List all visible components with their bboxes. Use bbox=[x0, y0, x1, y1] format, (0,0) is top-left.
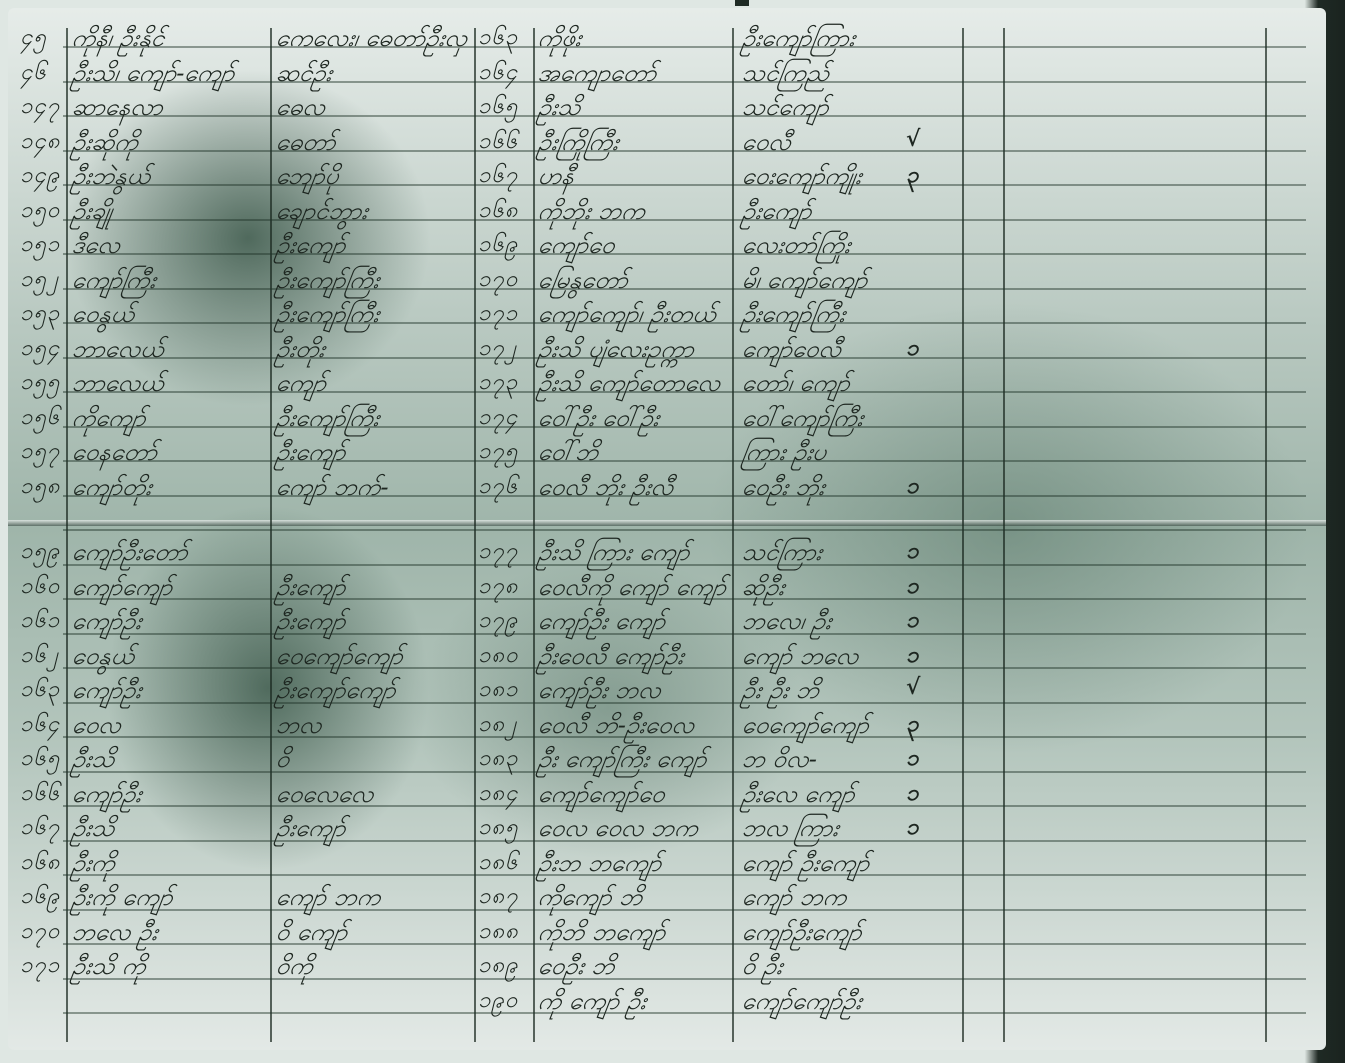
entry-name-2: ကျော်ကျော်ဝေ bbox=[535, 778, 667, 814]
left-entry-number: ၁၆၇ bbox=[20, 812, 60, 845]
entry-name: ကျော်တိုး bbox=[69, 471, 154, 507]
left-entry-number: ၄၅ bbox=[20, 22, 47, 55]
ledger-row: ၁၄၇ဆာနေလာဓေလ၁၆၅ဦးသိသင်ကျော် bbox=[8, 91, 1326, 125]
entry-name-2: ကို ကျော် ဦး bbox=[535, 985, 648, 1021]
entry-name: ဦးကို bbox=[69, 847, 117, 883]
entry-name-2: ဦးသိ ကြား ကျော် bbox=[535, 536, 692, 572]
entry-name-2: ဝေဦး ဘိ bbox=[535, 950, 617, 986]
entry-description: ဦးကျော်ကြီး bbox=[273, 298, 381, 334]
left-entry-number: ၁၆၀ bbox=[20, 571, 60, 604]
tally-mark: ၁ bbox=[906, 571, 918, 604]
left-entry-number: ၁၆၂ bbox=[20, 640, 59, 673]
entry-name: ဝေနွယ် bbox=[69, 298, 136, 334]
entry-description: ကျော် ဘက်- bbox=[273, 471, 391, 507]
serial-number: ၁၉၀ bbox=[478, 985, 518, 1018]
entry-name: ဦးသိ ကို bbox=[69, 950, 148, 986]
entry-description: ဦးတိုး bbox=[273, 333, 327, 369]
entry-description-2: ဝေါ်ကျော်ကြီး bbox=[739, 402, 865, 438]
entry-name-2: မြေနွတော် bbox=[535, 264, 630, 300]
entry-description-2: ကျော်ကျော်ဦး bbox=[739, 985, 864, 1021]
left-entry-number: ၁၆၈ bbox=[20, 847, 60, 880]
left-entry-number: ၁၆၉ bbox=[20, 881, 60, 914]
left-entry-number: ၄၆ bbox=[20, 57, 47, 90]
entry-name: ဝေလ bbox=[69, 709, 123, 745]
entry-description: ဘလ bbox=[273, 709, 324, 745]
ledger-row: ၁၅၅ဘာလေယ်ကျော်၁၇၃ဦးသိ ကျော်တောလေတော်၊ ကျ… bbox=[8, 367, 1326, 401]
entry-description-2: သင်ကြည် bbox=[739, 57, 831, 93]
tally-mark: ၁ bbox=[906, 471, 918, 504]
serial-number: ၁၈၄ bbox=[478, 778, 518, 811]
entry-description: ဘျော်ပို bbox=[273, 160, 341, 196]
entry-description-2: ဦးကျော် bbox=[739, 195, 814, 231]
entry-name: ကျော်ဦး bbox=[69, 674, 144, 710]
entry-description-2: ကျော် ဘလေ bbox=[739, 640, 861, 676]
entry-name-2: ဟနီ bbox=[535, 160, 576, 196]
entry-description: ဆင်ဦး bbox=[273, 57, 334, 93]
tally-mark: ၁ bbox=[906, 333, 918, 366]
serial-number: ၁၇၆ bbox=[478, 471, 518, 504]
entry-description-2: ဘလ ကြား bbox=[739, 812, 841, 848]
ledger-row: ၁၅၂ကျော်ကြီးဦးကျော်ကြီး၁၇၀မြေနွတော်မိ၊ က… bbox=[8, 264, 1326, 298]
entry-description-2: ဝေဦး ဘိုး bbox=[739, 471, 827, 507]
entry-name-2: ကျော်ကျော်၊ ဦးတယ် bbox=[535, 298, 718, 334]
entry-description-2: ကျော် ဦးကျော် bbox=[739, 847, 871, 883]
binding-mark bbox=[735, 0, 749, 6]
ledger-row: ၁၆၄ဝေလဘလ၁၈၂ဝေလီ ဘိ-ဦးဝေလဝေကျော်ကျော်၃ bbox=[8, 709, 1326, 743]
ledger-row: ၄၆ဦးသိ၊ ကျော်-ကျော်ဆင်ဦး၁၆၄အကျောတော်သင်က… bbox=[8, 57, 1326, 91]
entry-name: ကျော်ဦး bbox=[69, 605, 144, 641]
left-entry-number: ၁၆၄ bbox=[20, 709, 60, 742]
entry-name: ဦးကို ကျော် bbox=[69, 881, 175, 917]
ledger-row: ၁၆၁ကျော်ဦးဦးကျော်၁၇၉ကျော်ဦး ကျော်ဘလေ၊ ဦး… bbox=[8, 605, 1326, 639]
entry-name: ဦးချို bbox=[69, 195, 114, 231]
page-fold bbox=[8, 520, 1326, 526]
ledger-row: ၁၆၂ဝေနွယ်ဝေကျော်ကျော်၁၈၀ဦးဝေလီ ကျော်ဦးကျ… bbox=[8, 640, 1326, 674]
serial-number: ၁၇၅ bbox=[478, 436, 518, 469]
serial-number: ၁၇၉ bbox=[478, 605, 518, 638]
serial-number: ၁၇၇ bbox=[478, 536, 518, 569]
entry-name: ဘာလေယ် bbox=[69, 333, 166, 369]
ledger-row: ၁၆၈ဦးကို၁၈၆ဦးဘ ဘကျော်ကျော် ဦးကျော် bbox=[8, 847, 1326, 881]
ledger-row: ၁၆၇ဦးသိဦးကျော်၁၈၅ဝေလ ဝေလ ဘကဘလ ကြား၁ bbox=[8, 812, 1326, 846]
left-entry-number: ၁၅၇ bbox=[20, 436, 60, 469]
entry-description-2: ဦးကျော်ကြား bbox=[739, 22, 857, 58]
entry-name-2: ဝေလီကို ကျော် ကျော် bbox=[535, 571, 728, 607]
ledger-row: ၁၅၈ကျော်တိုးကျော် ဘက်-၁၇၆ဝေလီ ဘိုး ဦးလီဝ… bbox=[8, 471, 1326, 505]
serial-number: ၁၇၃ bbox=[478, 367, 518, 400]
entry-description: ဝေကျော်ကျော် bbox=[273, 640, 405, 676]
tally-mark: ၁ bbox=[906, 778, 918, 811]
entry-name-2: ဦးသိ bbox=[535, 91, 583, 127]
entry-name: ဦးသိ၊ ကျော်-ကျော် bbox=[69, 57, 237, 93]
left-entry-number: ၁၆၅ bbox=[20, 743, 60, 776]
serial-number: ၁၆၉ bbox=[478, 229, 518, 262]
entry-description: ဓေလ bbox=[273, 91, 327, 127]
ledger-row: ၁၅၁ဒီလေဦးကျော်၁၆၉ကျော်ဝေလေးတာ်ကြိုး bbox=[8, 229, 1326, 263]
ledger-row: ၁၅၄ဘာလေယ်ဦးတိုး၁၇၂ဦးသိ ပျံလေးဥက္ကာကျော်ဝ… bbox=[8, 333, 1326, 367]
tally-mark: √ bbox=[906, 126, 920, 152]
entry-name-2: ဝေါ်ဘိ bbox=[535, 436, 601, 472]
entry-name-2: ကိုဘိ ဘကျော် bbox=[535, 916, 668, 952]
left-entry-number: ၁၅၀ bbox=[20, 195, 60, 228]
left-entry-number: ၁၄၇ bbox=[20, 91, 60, 124]
serial-number: ၁၇၂ bbox=[478, 333, 517, 366]
entry-description: ဦးကျော် bbox=[273, 571, 348, 607]
tally-mark: ၁ bbox=[906, 536, 918, 569]
left-entry-number: ၁၄၉ bbox=[20, 160, 60, 193]
serial-number: ၁၈၉ bbox=[478, 950, 518, 983]
entry-description-2: သင်ကြား bbox=[739, 536, 824, 572]
entry-name: ကိုကျော် bbox=[69, 402, 148, 438]
ruled-line bbox=[63, 529, 1306, 531]
serial-number: ၁၈၁ bbox=[478, 674, 518, 707]
ledger-row: ၁၅၉ကျော်ဦးတော်၁၇၇ဦးသိ ကြား ကျော်သင်ကြား၁ bbox=[8, 536, 1326, 570]
entry-name-2: ဦး ကျော်ကြီး ကျော် bbox=[535, 743, 709, 779]
entry-name-2: ဦးဘ ဘကျော် bbox=[535, 847, 663, 883]
entry-description-2: တော်၊ ကျော် bbox=[739, 367, 852, 403]
entry-name-2: အကျောတော် bbox=[535, 57, 659, 93]
entry-description-2: ဝေကျော်ကျော် bbox=[739, 709, 871, 745]
serial-number: ၁၈၃ bbox=[478, 743, 518, 776]
entry-description: ဓေတာ် bbox=[273, 126, 338, 162]
entry-description-2: ကြား ဦးပ bbox=[739, 436, 828, 472]
entry-name: ကျော်ဦးတော် bbox=[69, 536, 190, 572]
entry-description-2: ဝေးကျော်ကျိုး bbox=[739, 160, 864, 196]
left-entry-number: ၁၆၃ bbox=[20, 674, 60, 707]
entry-name-2: ဦးသိ ကျော်တောလေ bbox=[535, 367, 722, 403]
left-entry-number: ၁၆၆ bbox=[20, 778, 60, 811]
left-entry-number: ၁၇၁ bbox=[20, 950, 60, 983]
entry-description-2: ဝေလီ bbox=[739, 126, 793, 162]
entry-name: ဦးသိ bbox=[69, 743, 117, 779]
left-entry-number: ၁၅၆ bbox=[20, 402, 60, 435]
entry-name-2: ဝေလ ဝေလ ဘက bbox=[535, 812, 700, 848]
entry-name-2: ကိုဘိုး ဘက bbox=[535, 195, 647, 231]
ledger-row: ၁၆၀ကျော်ကျော်ဦးကျော်၁၇၈ဝေလီကို ကျော် ကျေ… bbox=[8, 571, 1326, 605]
serial-number: ၁၈၀ bbox=[478, 640, 518, 673]
entry-name: ကျော်ဦး bbox=[69, 778, 144, 814]
ledger-row: ၁၆၆ကျော်ဦးဝေလေလေ၁၈၄ကျော်ကျော်ဝေဦးလေ ကျော… bbox=[8, 778, 1326, 812]
entry-description: ဦးကျော်ကြီး bbox=[273, 402, 381, 438]
ledger-row: ၁၅၆ကိုကျော်ဦးကျော်ကြီး၁၇၄ဝေါ်ဦး ဝေါ်ဦးဝေ… bbox=[8, 402, 1326, 436]
ledger-row: ၁၆၅ဦးသိဝိ၁၈၃ဦး ကျော်ကြီး ကျော်ဘ ဝိလ-၁ bbox=[8, 743, 1326, 777]
serial-number: ၁၇၁ bbox=[478, 298, 518, 331]
entry-description-2: ဝိ ဦး bbox=[739, 950, 785, 986]
entry-name-2: ဦးကြိုကြီး bbox=[535, 126, 621, 162]
left-entry-number: ၁၅၁ bbox=[20, 229, 60, 262]
entry-name: ဘာလေယ် bbox=[69, 367, 166, 403]
tally-mark: ၁ bbox=[906, 743, 918, 776]
serial-number: ၁၆၃ bbox=[478, 22, 518, 55]
entry-description-2: ဦးကျော်ကြီး bbox=[739, 298, 847, 334]
entry-description-2: ဦး ဦး ဘိ bbox=[739, 674, 821, 710]
entry-name-2: ကျော်ဦး ဘလ bbox=[535, 674, 663, 710]
entry-name-2: ဝေလီ ဘိ-ဦးဝေလ bbox=[535, 709, 696, 745]
serial-number: ၁၆၇ bbox=[478, 160, 518, 193]
entry-name: ကျော်ကြီး bbox=[69, 264, 158, 300]
entry-description-2: ကျော် ဘက bbox=[739, 881, 848, 917]
left-entry-number: ၁၅၉ bbox=[20, 536, 60, 569]
entry-description: ဦးကျော်ကျော် bbox=[273, 674, 398, 710]
entry-description: ဦးကျော်ကြီး bbox=[273, 264, 381, 300]
entry-description-2: မိ၊ ကျော်ကျော် bbox=[739, 264, 870, 300]
entry-name: ဘလေ ဦး bbox=[69, 916, 160, 952]
left-entry-number: ၁၆၁ bbox=[20, 605, 60, 638]
tally-mark: ၁ bbox=[906, 812, 918, 845]
entry-description: ဦးကျော် bbox=[273, 436, 348, 472]
left-entry-number: ၁၅၄ bbox=[20, 333, 60, 366]
entry-name: ဝေနွယ် bbox=[69, 640, 136, 676]
ledger-row: ၁၉၀ကို ကျော် ဦးကျော်ကျော်ဦး bbox=[8, 985, 1326, 1019]
entry-description: ဝိကို bbox=[273, 950, 315, 986]
entry-description-2: လေးတာ်ကြိုး bbox=[739, 229, 853, 265]
entry-name: ဦးဆိုကို bbox=[69, 126, 140, 162]
entry-name: ဆာနေလာ bbox=[69, 91, 165, 127]
ledger-row: ၁၄၈ဦးဆိုကိုဓေတာ်၁၆၆ဦးကြိုကြီးဝေလီ√ bbox=[8, 126, 1326, 160]
entry-description: ဦးကျော် bbox=[273, 229, 348, 265]
ledger-page: ၄၅ကိုနီ၊ ဦးနိုင်ကေလေး၊ ဓေတာ်ဦးလှ၁၆၃ကိုဖိ… bbox=[8, 8, 1326, 1050]
ledger-row: ၁၆၃ကျော်ဦးဦးကျော်ကျော်၁၈၁ကျော်ဦး ဘလဦး ဦး… bbox=[8, 674, 1326, 708]
entry-description-2: ဆိုဦး bbox=[739, 571, 787, 607]
serial-number: ၁၆၆ bbox=[478, 126, 518, 159]
entry-description: ဝိ bbox=[273, 743, 292, 779]
entry-name-2: ဦးသိ ပျံလေးဥက္ကာ bbox=[535, 333, 696, 369]
serial-number: ၁၆၄ bbox=[478, 57, 518, 90]
ledger-row: ၁၇၀ဘလေ ဦးဝိ ကျော်၁၈၈ကိုဘိ ဘကျော်ကျော်ဦးက… bbox=[8, 916, 1326, 950]
serial-number: ၁၇၈ bbox=[478, 571, 518, 604]
entry-name-2: ကျော်ဝေ bbox=[535, 229, 617, 265]
entry-description-2: သင်ကျော် bbox=[739, 91, 831, 127]
entry-description: ချောင်ဘွား bbox=[273, 195, 370, 231]
ledger-row: ၁၅၀ဦးချိုချောင်ဘွား၁၆၈ကိုဘိုး ဘကဦးကျော် bbox=[8, 195, 1326, 229]
entry-name-2: ဦးဝေလီ ကျော်ဦး bbox=[535, 640, 686, 676]
tally-mark: ၁ bbox=[906, 605, 918, 638]
entry-name: ဝေနတော် bbox=[69, 436, 159, 472]
ledger-row: ၁၄၉ဦးဘဲနွယ်ဘျော်ပို၁၆၇ဟနီဝေးကျော်ကျိုး၃ bbox=[8, 160, 1326, 194]
ledger-row: ၁၆၉ဦးကို ကျော်ကျော် ဘက၁၈၇ကိုကျော် ဘိကျော… bbox=[8, 881, 1326, 915]
ledger-row: ၁၅၃ဝေနွယ်ဦးကျော်ကြီး၁၇၁ကျော်ကျော်၊ ဦးတယ်… bbox=[8, 298, 1326, 332]
entry-name: ကျော်ကျော် bbox=[69, 571, 174, 607]
serial-number: ၁၇၄ bbox=[478, 402, 518, 435]
entry-description-2: ဘ ဝိလ- bbox=[739, 743, 819, 779]
tally-mark: ၃ bbox=[906, 709, 918, 742]
entry-name: ဒီလေ bbox=[69, 229, 122, 265]
left-entry-number: ၁၅၈ bbox=[20, 471, 60, 504]
serial-number: ၁၆၈ bbox=[478, 195, 518, 228]
left-entry-number: ၁၅၂ bbox=[20, 264, 59, 297]
entry-name: ဦးသိ bbox=[69, 812, 117, 848]
entry-description: ကျော် bbox=[273, 367, 328, 403]
entry-description: ကျော် ဘက bbox=[273, 881, 382, 917]
entry-name-2: ဝေလီ ဘိုး ဦးလီ bbox=[535, 471, 675, 507]
serial-number: ၁၈၆ bbox=[478, 847, 518, 880]
entry-description: ကေလေး၊ ဓေတာ်ဦးလှ bbox=[273, 22, 469, 58]
serial-number: ၁၇၀ bbox=[478, 264, 518, 297]
entry-name-2: ကိုကျော် ဘိ bbox=[535, 881, 644, 917]
serial-number: ၁၈၂ bbox=[478, 709, 517, 742]
entry-description: ဝေလေလေ bbox=[273, 778, 376, 814]
serial-number: ၁၆၅ bbox=[478, 91, 518, 124]
ledger-row: ၁၅၇ဝေနတော်ဦးကျော်၁၇၅ဝေါ်ဘိကြား ဦးပ bbox=[8, 436, 1326, 470]
left-entry-number: ၁၅၅ bbox=[20, 367, 60, 400]
serial-number: ၁၈၈ bbox=[478, 916, 519, 949]
entry-name-2: ကျော်ဦး ကျော် bbox=[535, 605, 667, 641]
entry-name: ကိုနီ၊ ဦးနိုင် bbox=[69, 22, 167, 58]
tally-mark: √ bbox=[906, 674, 920, 700]
entry-description: ဝိ ကျော် bbox=[273, 916, 349, 952]
tally-mark: ၃ bbox=[906, 160, 918, 193]
left-entry-number: ၁၄၈ bbox=[20, 126, 60, 159]
entry-description-2: ကျော်ဝေလီ bbox=[739, 333, 843, 369]
tally-mark: ၁ bbox=[906, 640, 918, 673]
entry-description: ဦးကျော် bbox=[273, 812, 348, 848]
left-entry-number: ၁၅၃ bbox=[20, 298, 60, 331]
entry-name-2: ကိုဖိုး bbox=[535, 22, 583, 58]
entry-name-2: ဝေါ်ဦး ဝေါ်ဦး bbox=[535, 402, 661, 438]
ledger-row: ၄၅ကိုနီ၊ ဦးနိုင်ကေလေး၊ ဓေတာ်ဦးလှ၁၆၃ကိုဖိ… bbox=[8, 22, 1326, 56]
entry-description-2: ဘလေ၊ ဦး bbox=[739, 605, 834, 641]
serial-number: ၁၈၅ bbox=[478, 812, 518, 845]
entry-description-2: ဦးလေ ကျော် bbox=[739, 778, 857, 814]
entry-name: ဦးဘဲနွယ် bbox=[69, 160, 152, 196]
left-entry-number: ၁၇၀ bbox=[20, 916, 60, 949]
entry-description-2: ကျော်ဦးကျော် bbox=[739, 916, 864, 952]
serial-number: ၁၈၇ bbox=[478, 881, 518, 914]
entry-description: ဦးကျော် bbox=[273, 605, 348, 641]
ledger-row: ၁၇၁ဦးသိ ကိုဝိကို၁၈၉ဝေဦး ဘိဝိ ဦး bbox=[8, 950, 1326, 984]
